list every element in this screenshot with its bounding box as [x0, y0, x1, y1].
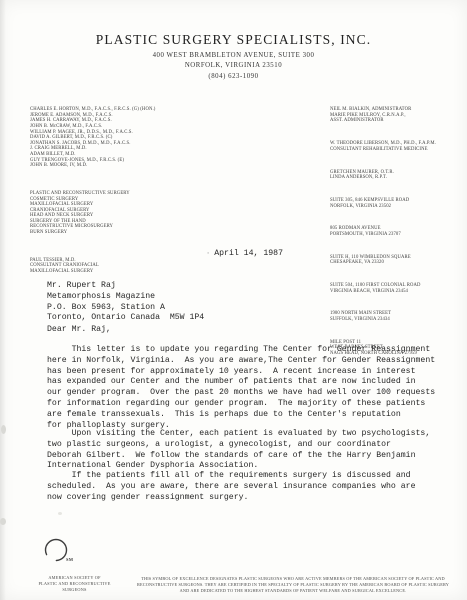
- body-paragraph-2: Upon visiting the Center, each patient i…: [47, 429, 430, 472]
- scanned-letter-page: PLASTIC SURGERY SPECIALISTS, INC. 400 WE…: [0, 0, 467, 600]
- body-paragraph-1: This letter is to update you regarding T…: [47, 345, 435, 431]
- office-address-norfolk: SUITE 305, 846 KEMPSVILLE ROAD NORFOLK, …: [330, 198, 460, 209]
- recipient-address: Mr. Rupert Raj Metamorphosis Magazine P.…: [47, 281, 204, 324]
- office-address-suffolk: 1900 NORTH MAIN STREET SUFFOLK, VIRGINIA…: [330, 311, 460, 322]
- scan-artifact: [1, 425, 6, 434]
- society-name: AMERICAN SOCIETY OF PLASTIC AND RECONSTR…: [22, 575, 127, 593]
- specialties-list: PLASTIC AND RECONSTRUCTIVE SURGERY COSME…: [30, 191, 200, 236]
- scan-artifact: [0, 518, 6, 525]
- letterhead-street-address: 400 WEST BRAMBLETON AVENUE, SUITE 300: [0, 52, 467, 59]
- therapists-block: GRETCHEN MAURER, O.T.R. LINDA ANDERSON, …: [330, 170, 460, 181]
- excellence-statement: THIS SYMBOL OF EXCELLENCE DESIGNATES PLA…: [126, 576, 460, 593]
- administration-block: NEIL M. BIALKIN, ADMINISTRATOR MARIE PIK…: [330, 107, 460, 124]
- physicians-list: CHARLES E. HORTON, M.D., F.A.C.S., F.R.C…: [30, 107, 200, 169]
- letterhead-city-address: NORFOLK, VIRGINIA 23510: [0, 62, 467, 69]
- service-mark-label: SM: [66, 557, 73, 562]
- letter-date-line: ·April 14, 1987: [206, 249, 283, 260]
- letterhead-left-column: CHARLES E. HORTON, M.D., F.A.C.S., F.R.C…: [30, 96, 200, 292]
- body-paragraph-3: If the patients fill all of the requirem…: [47, 471, 416, 503]
- office-address-portsmouth: 805 RODMAN AVENUE PORTSMOUTH, VIRGINIA 2…: [330, 226, 460, 237]
- company-name: PLASTIC SURGERY SPECIALISTS, INC.: [0, 32, 467, 48]
- scan-dot: ·: [206, 250, 210, 258]
- craniofacial-consultant-block: PAUL TESSIER, M.D. CONSULTANT CRANIOFACI…: [30, 258, 200, 275]
- letterhead-phone: (804) 623-1090: [0, 73, 467, 80]
- rehabilitation-consultant-block: W. THEODORE LIBERSON, M.D., PH.D., F.A.P…: [330, 141, 460, 152]
- salutation: Dear Mr. Raj,: [47, 325, 111, 336]
- office-address-chesapeake: SUITE H, 110 WIMBLEDON SQUARE CHESAPEAKE…: [330, 255, 460, 266]
- office-address-virginia-beach: SUITE 504, 1100 FIRST COLONIAL ROAD VIRG…: [330, 283, 460, 294]
- letter-date: April 14, 1987: [214, 249, 283, 258]
- letterhead-right-column: NEIL M. BIALKIN, ADMINISTRATOR MARIE PIK…: [330, 96, 460, 374]
- scan-artifact: [58, 512, 62, 515]
- letterhead: PLASTIC SURGERY SPECIALISTS, INC. 400 WE…: [0, 32, 467, 80]
